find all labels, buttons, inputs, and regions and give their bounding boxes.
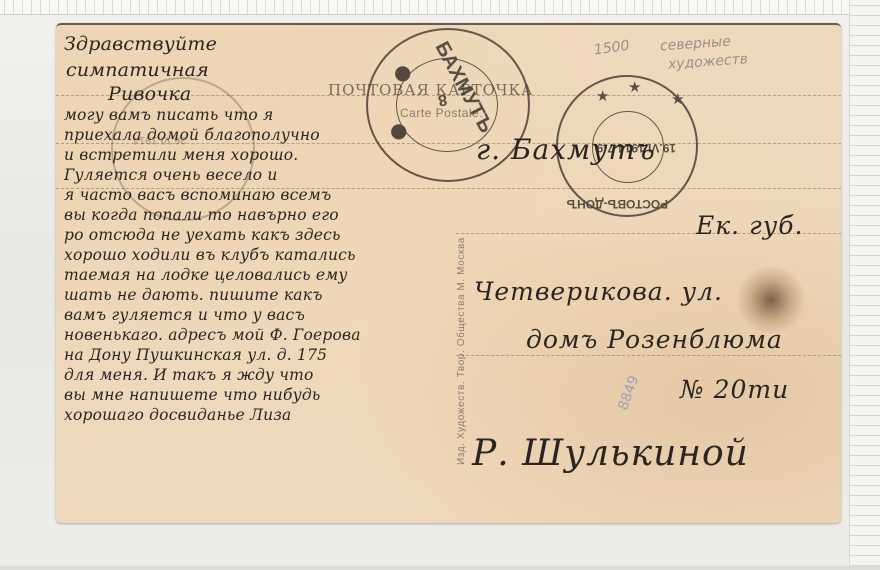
sleeve-top-edge	[0, 0, 880, 15]
sleeve-right-edge	[849, 0, 880, 570]
address-city: г. Бахмутъ	[476, 133, 656, 166]
sleeve-bottom-edge	[0, 566, 880, 570]
postmark-town: РОСТОВЪ-ДОНЪ	[567, 197, 668, 211]
star-icon: ★	[671, 90, 684, 108]
publisher-imprint: Изд. Художеств. Твор. Общества М. Москва	[456, 237, 467, 465]
star-icon: ★	[628, 78, 641, 96]
archive-mark: 8849	[615, 374, 642, 413]
address-line	[456, 355, 841, 356]
star-icon: ★	[596, 87, 609, 105]
address-street: Четверикова. ул.	[474, 277, 723, 306]
address-number: № 20ти	[680, 375, 789, 404]
address-recipient: Р. Шулькиной	[472, 433, 749, 474]
address-province: Ек. губ.	[696, 211, 803, 240]
address-house: домъ Розенблюма	[526, 325, 783, 354]
pencil-price: 1500	[593, 39, 630, 59]
postcard: ПОЧТОВАЯ КАРТОЧКА Carte Postale. Изд. Ху…	[56, 23, 841, 523]
pencil-category-2: художеств	[668, 52, 749, 73]
pencil-category-1: северные	[660, 35, 732, 55]
message-text: Здравствуйте симпатичная Ривочка могу ва…	[64, 31, 361, 425]
